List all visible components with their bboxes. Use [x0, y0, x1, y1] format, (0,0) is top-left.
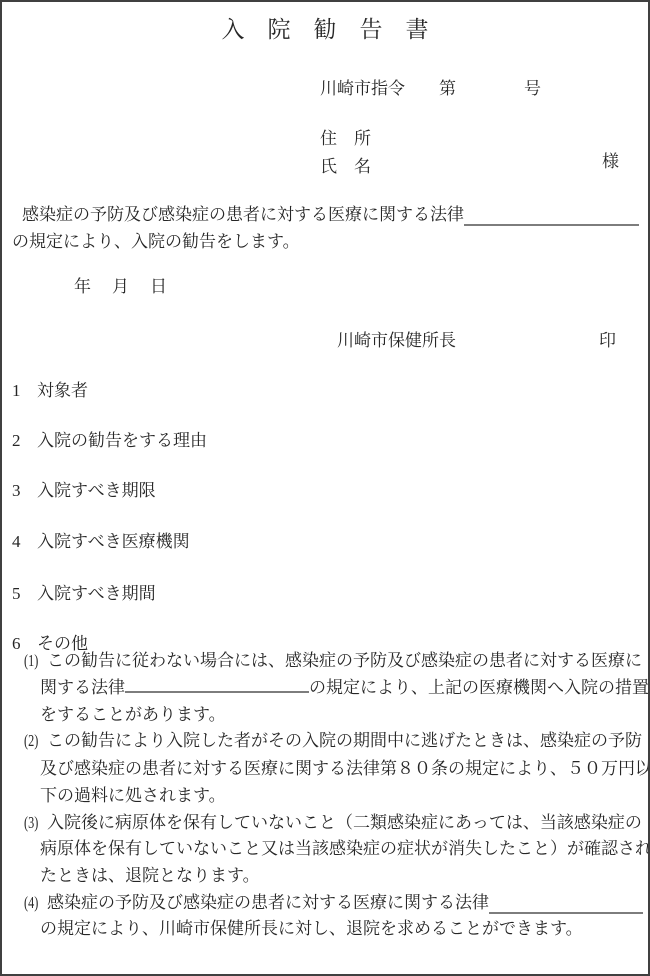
law-article-blank-field — [489, 909, 643, 914]
item-number: 2 — [12, 430, 37, 452]
note-1-line-2: 関する法律の規定により、上記の医療機関へ入院の措置 — [40, 677, 649, 699]
item-deadline: 3入院すべき期限 — [12, 480, 156, 502]
item-period: 5入院すべき期間 — [12, 583, 156, 605]
note-text: この勧告により入院した者がその入院の期間中に逃げたときは、感染症の予防 — [47, 731, 642, 750]
note-3-marker: (3) — [24, 812, 41, 834]
item-label: 入院の勧告をする理由 — [37, 431, 207, 450]
directive-number-line: 川崎市指令 第 号 — [320, 78, 541, 100]
address-label: 住 所 — [320, 128, 371, 150]
note-3-line-3: たときは、退院となります。 — [40, 865, 260, 887]
note-text: 関する法律 — [40, 678, 125, 697]
date-line: 年 月 日 — [74, 276, 169, 298]
item-number: 4 — [12, 531, 37, 553]
note-text: 感染症の予防及び感染症の患者に対する医療に関する法律 — [47, 892, 489, 914]
note-4-line-2: の規定により、川崎市保健所長に対し、退院を求めることができます。 — [40, 918, 583, 940]
item-subject: 1対象者 — [12, 380, 88, 402]
note-2-line-1: (2)この勧告により入院した者がその入院の期間中に逃げたときは、感染症の予防 — [24, 730, 642, 752]
law-article-blank-field — [464, 221, 639, 226]
item-medical-institution: 4入院すべき医療機関 — [12, 531, 190, 553]
item-reason: 2入院の勧告をする理由 — [12, 430, 207, 452]
law-article-blank-field — [125, 690, 309, 693]
name-label: 氏 名 — [320, 156, 371, 178]
note-2-marker: (2) — [24, 730, 41, 752]
note-text: 入院後に病原体を保有していないこと（二類感染症にあっては、当該感染症の — [47, 813, 642, 832]
item-label: 入院すべき期限 — [37, 481, 156, 500]
item-number: 1 — [12, 380, 37, 402]
note-4-line-1: (4)感染症の予防及び感染症の患者に対する医療に関する法律 — [24, 892, 643, 914]
item-label: 入院すべき医療機関 — [37, 532, 190, 551]
intro-line-1: 感染症の予防及び感染症の患者に対する医療に関する法律 — [22, 204, 639, 226]
intro-line-1-text: 感染症の予防及び感染症の患者に対する医療に関する法律 — [22, 204, 464, 226]
issuer-title: 川崎市保健所長 — [337, 330, 456, 352]
note-1-line-1: (1)この勧告に従わない場合には、感染症の予防及び感染症の患者に対する医療に — [24, 650, 642, 672]
item-label: 対象者 — [37, 381, 88, 400]
seal-mark: 印 — [599, 330, 616, 352]
note-3-line-1: (3)入院後に病原体を保有していないこと（二類感染症にあっては、当該感染症の — [24, 812, 642, 834]
item-number: 3 — [12, 480, 37, 502]
item-label: 入院すべき期間 — [37, 584, 156, 603]
note-2-line-2: 及び感染症の患者に対する医療に関する法律第８０条の規定により、５０万円以 — [40, 758, 650, 780]
document-title: 入 院 勧 告 書 — [2, 15, 648, 45]
document-page: 入 院 勧 告 書 川崎市指令 第 号 住 所 氏 名 様 感染症の予防及び感染… — [0, 0, 650, 976]
note-1-line-3: をすることがあります。 — [40, 704, 226, 726]
note-text: この勧告に従わない場合には、感染症の予防及び感染症の患者に対する医療に — [47, 651, 642, 670]
note-text: の規定により、上記の医療機関へ入院の措置 — [309, 678, 649, 697]
intro-line-2: の規定により、入院の勧告をします。 — [12, 231, 300, 253]
note-1-marker: (1) — [24, 650, 41, 672]
honorific-label: 様 — [602, 151, 619, 173]
item-number: 5 — [12, 583, 37, 605]
note-2-line-3: 下の過料に処されます。 — [40, 785, 226, 807]
note-4-marker: (4) — [24, 892, 41, 914]
note-3-line-2: 病原体を保有していないこと又は当該感染症の症状が消失したこと）が確認され — [40, 838, 650, 860]
